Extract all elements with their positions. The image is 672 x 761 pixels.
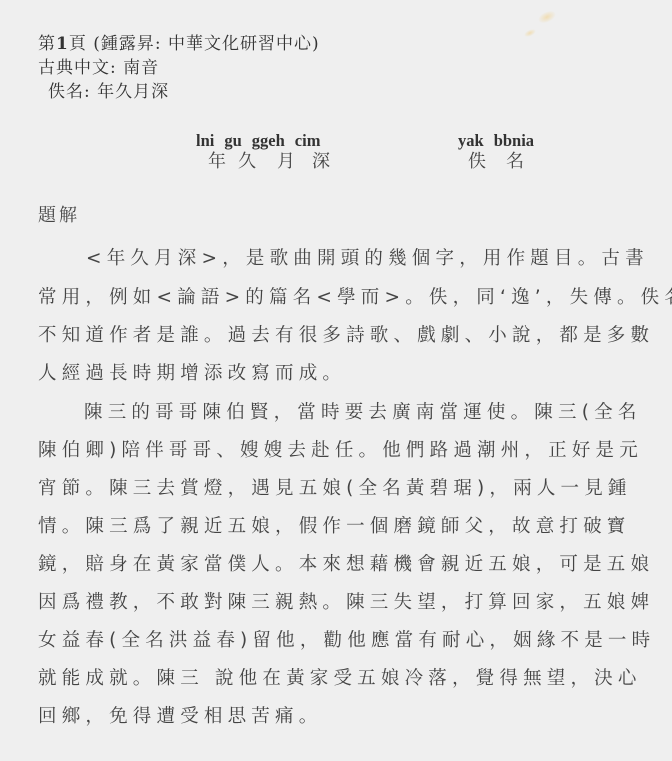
body-line: 就能成就。陳三 說他在黃家受五娘冷落，覺得無望，決心 (38, 667, 642, 691)
title-character: 名 (506, 151, 524, 173)
body-line: 常用，例如<論語>的篇名<學而>。佚，同‘逸’，失傳。佚名， (38, 286, 672, 310)
body-line: 女益春(全名洪益春)留他，勸他應當有耐心，姻緣不是一時 (38, 629, 655, 653)
author-name: yak bbnia 佚 名 (458, 131, 534, 173)
title-character: 佚 (468, 151, 486, 173)
title-character: 深 (306, 151, 336, 173)
paper-stain (537, 9, 558, 26)
romanization-syllable: gu (224, 131, 241, 151)
song-title-romanization: lni gu ggeh cim (196, 131, 336, 151)
body-line: 宵節。陳三去賞燈，遇見五娘(全名黃碧琚)，兩人一見鍾 (38, 477, 632, 501)
page-label-prefix: 第 (38, 34, 56, 54)
paper-stain (523, 28, 536, 39)
page-header-line-3: 佚名: 年久月深 (48, 81, 169, 103)
page-header-line-1: 第1頁 (鍾露昇: 中華文化研習中心) (38, 33, 320, 55)
song-title-characters: 年 久 月 深 (196, 151, 336, 173)
romanization-syllable: ggeh (252, 131, 285, 151)
body-line: 情。陳三爲了親近五娘，假作一個磨鏡師父，故意打破寶 (38, 515, 631, 539)
body-line: 因爲禮教，不敢對陳三親熱。陳三失望，打算回家，五娘婢 (38, 591, 654, 615)
author-characters: 佚 名 (458, 151, 534, 173)
scanned-page: 第1頁 (鍾露昇: 中華文化研習中心) 古典中文: 南音 佚名: 年久月深 ln… (0, 0, 672, 761)
title-character: 年 (196, 151, 232, 173)
title-character: 月 (262, 151, 306, 173)
romanization-syllable: yak (458, 131, 484, 151)
source-citation: 頁 (鍾露昇: 中華文化研習中心) (69, 34, 320, 54)
body-line: 鏡，賠身在黃家當僕人。本來想藉機會親近五娘，可是五娘 (38, 553, 654, 577)
body-line: 陳伯卿)陪伴哥哥、嫂嫂去赴任。他們路過潮州，正好是元 (38, 439, 643, 463)
romanization-syllable: lni (196, 131, 214, 151)
body-line: 陳三的哥哥陳伯賢，當時要去廣南當運使。陳三(全名 (84, 401, 642, 425)
body-line: 回鄉，免得遭受相思苦痛。 (38, 705, 322, 729)
section-heading: 題解 (38, 201, 80, 227)
body-line: 人經過長時期增添改寫而成。 (38, 362, 346, 386)
title-character: 久 (232, 151, 262, 173)
romanization-syllable: bbnia (494, 131, 534, 151)
body-line: 不知道作者是誰。過去有很多詩歌、戲劇、小說，都是多數 (38, 324, 654, 348)
romanization-syllable: cim (295, 131, 321, 151)
page-header-line-2: 古典中文: 南音 (38, 57, 159, 79)
author-romanization: yak bbnia (458, 131, 534, 151)
song-title: lni gu ggeh cim 年 久 月 深 (196, 131, 336, 173)
body-line: <年久月深>，是歌曲開頭的幾個字，用作題目。古書 (86, 247, 649, 271)
page-number: 1 (56, 34, 69, 54)
